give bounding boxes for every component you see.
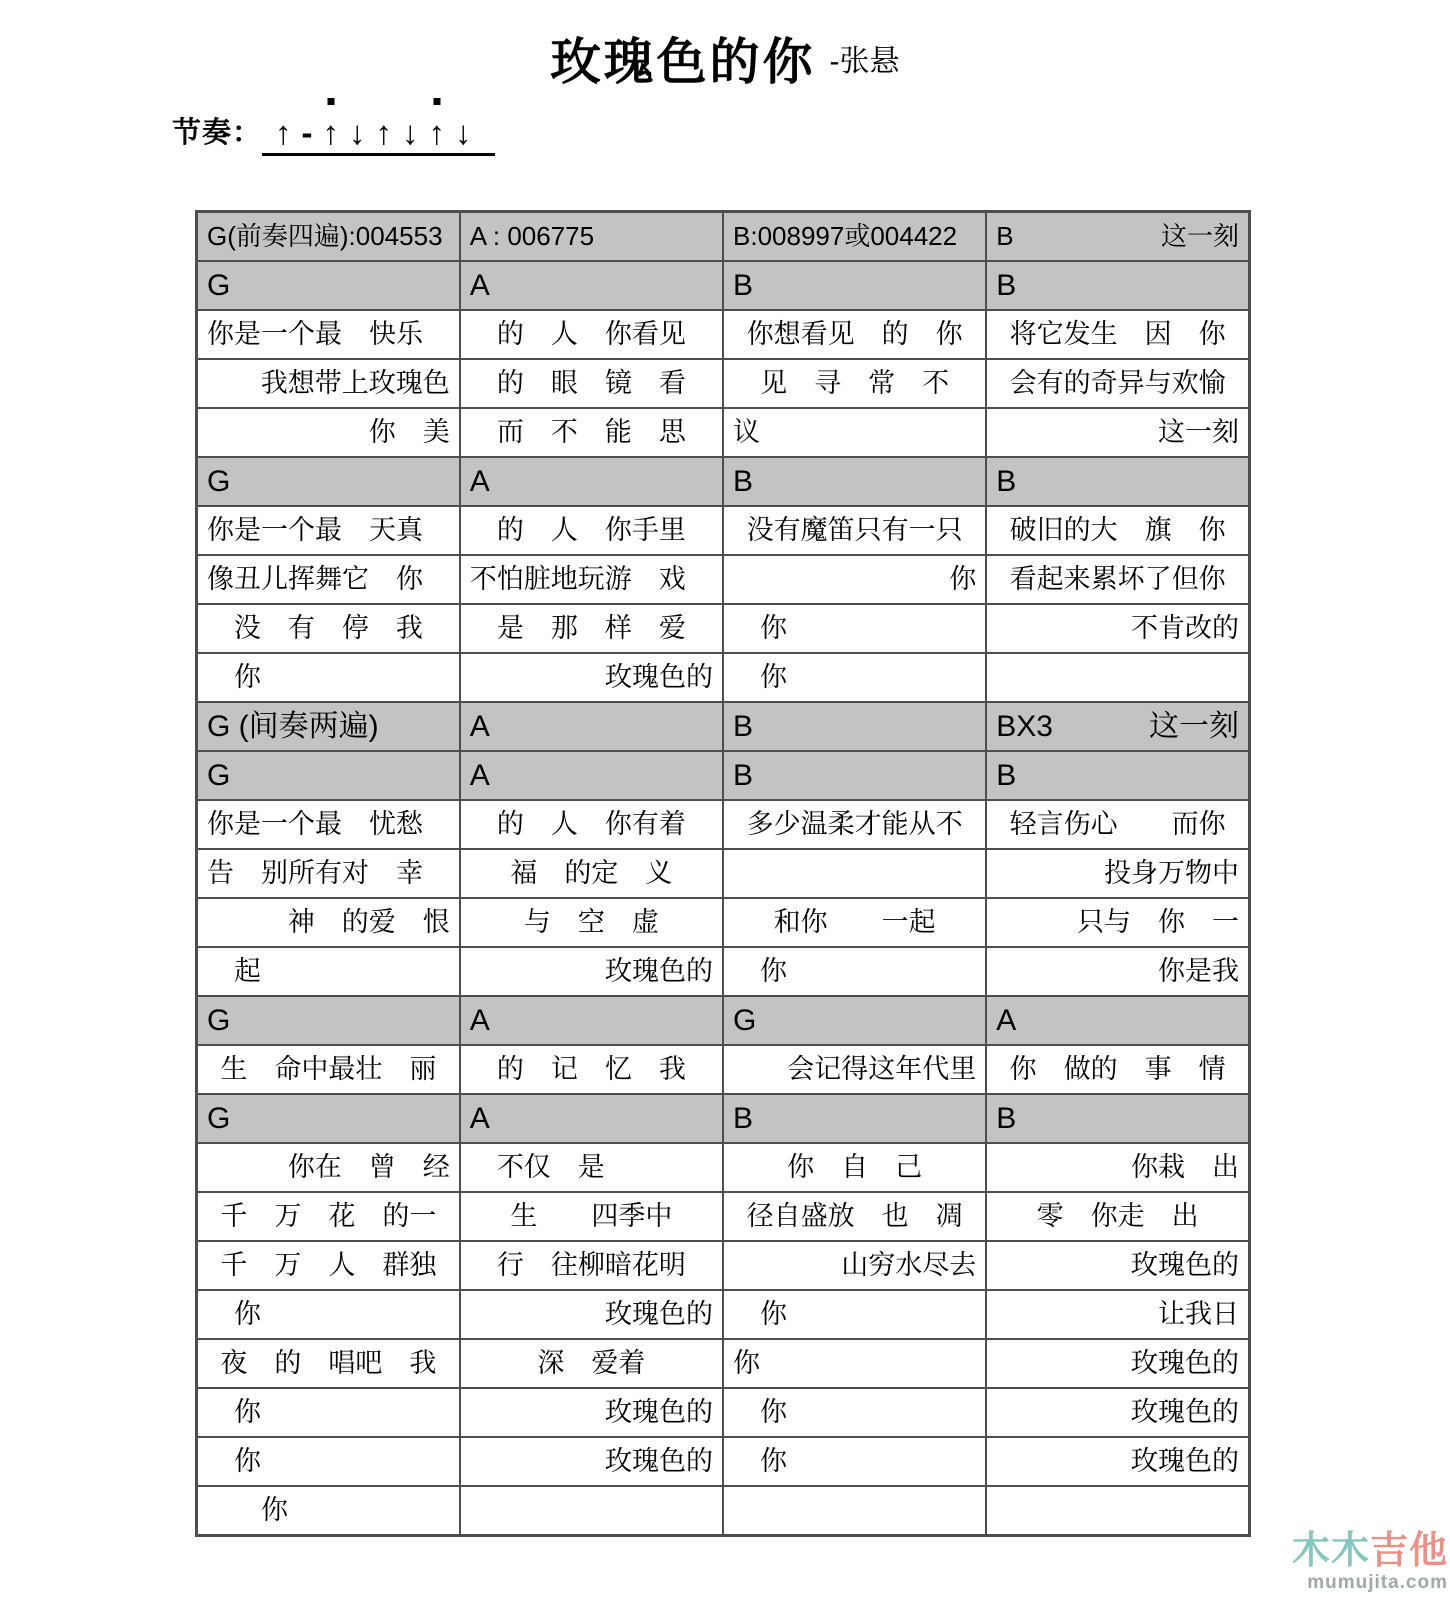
chord-row: GABB xyxy=(197,1094,1250,1143)
lyric-cell: 的 眼 镜 看 xyxy=(460,359,723,408)
chord-cell: B这一刻 xyxy=(986,212,1249,262)
lyric-cell: 不仅 是 xyxy=(460,1143,723,1192)
lyric-cell: 你是一个最 忧愁 xyxy=(197,800,460,849)
cell-right-text: 这一刻 xyxy=(1161,222,1239,251)
strum-up-arrow: ↑ xyxy=(429,92,446,149)
chord-cell: A xyxy=(460,996,723,1045)
chord-cell: A xyxy=(460,1094,723,1143)
lyric-cell xyxy=(986,1486,1249,1536)
chord-cell: G xyxy=(723,996,986,1045)
lyric-cell: 你在 曾 经 xyxy=(197,1143,460,1192)
strum-down-arrow: ↓ xyxy=(455,92,472,149)
lyric-cell: 不怕脏地玩游 戏 xyxy=(460,555,723,604)
lyric-row: 像丑儿挥舞它 你不怕脏地玩游 戏你看起来累坏了但你 xyxy=(197,555,1250,604)
lyric-row: 生 命中最壮 丽的 记 忆 我会记得这年代里你 做的 事 情 xyxy=(197,1045,1250,1094)
lyric-cell: 与 空 虚 xyxy=(460,898,723,947)
lyric-cell: 你是一个最 天真 xyxy=(197,506,460,555)
chord-cell: B xyxy=(723,751,986,800)
lyric-cell: 你 美 xyxy=(197,408,460,457)
lyric-row: 神 的爱 恨与 空 虚和你 一起只与 你 一 xyxy=(197,898,1250,947)
watermark-brand-part1: 木木 xyxy=(1292,1530,1370,1572)
lyric-cell: 深 爱着 xyxy=(460,1339,723,1388)
lyric-cell: 的 人 你手里 xyxy=(460,506,723,555)
lyric-cell: 让我日 xyxy=(986,1290,1249,1339)
lyric-cell: 你 xyxy=(197,1290,460,1339)
strum-down-arrow: ↓ xyxy=(402,92,419,149)
lyric-cell: 没有魔笛只有一只 xyxy=(723,506,986,555)
lyric-cell: 你 xyxy=(723,1290,986,1339)
lyric-cell: 不肯改的 xyxy=(986,604,1249,653)
lyric-cell: 你 xyxy=(197,1388,460,1437)
chord-cell: G (间奏两遍) xyxy=(197,702,460,751)
lyric-cell: 你 做的 事 情 xyxy=(986,1045,1249,1094)
lyric-cell: 你 xyxy=(723,1388,986,1437)
rhythm-label: 节奏： xyxy=(172,110,262,156)
chord-cell: G xyxy=(197,261,460,310)
lyric-cell xyxy=(986,653,1249,702)
lyric-cell: 的 记 忆 我 xyxy=(460,1045,723,1094)
lyric-cell: 会记得这年代里 xyxy=(723,1045,986,1094)
title-block: 玫瑰色的你-张悬 xyxy=(0,22,1450,94)
lyric-cell: 你 自 己 xyxy=(723,1143,986,1192)
lyric-row: 你是一个最 快乐的 人 你看见你想看见 的 你将它发生 因 你 xyxy=(197,310,1250,359)
rhythm-dash: - xyxy=(302,92,313,149)
lyric-cell: 你是我 xyxy=(986,947,1249,996)
lyric-cell: 的 人 你有着 xyxy=(460,800,723,849)
watermark-brand-part2: 吉他 xyxy=(1370,1530,1448,1572)
lyric-cell: 玫瑰色的 xyxy=(986,1388,1249,1437)
lyric-row: 起玫瑰色的 你你是我 xyxy=(197,947,1250,996)
lyric-cell: 千 万 人 群独 xyxy=(197,1241,460,1290)
lyric-cell: 玫瑰色的 xyxy=(460,947,723,996)
chord-cell: B xyxy=(723,457,986,506)
cell-right-text: 这一刻 xyxy=(1149,710,1239,743)
lyric-cell: 议 xyxy=(723,408,986,457)
chord-row: G(前奏四遍):004553A : 006775B:008997或004422B… xyxy=(197,212,1250,262)
chord-row: GAGA xyxy=(197,996,1250,1045)
chord-cell: B xyxy=(986,1094,1249,1143)
lyric-cell: 没 有 停 我 xyxy=(197,604,460,653)
lyric-cell: 福 的定 义 xyxy=(460,849,723,898)
lyric-cell: 只与 你 一 xyxy=(986,898,1249,947)
chord-cell: G xyxy=(197,996,460,1045)
lyric-cell: 生 四季中 xyxy=(460,1192,723,1241)
lyric-row: 我想带上玫瑰色的 眼 镜 看见 寻 常 不会有的奇异与欢愉 xyxy=(197,359,1250,408)
lyric-cell: 这一刻 xyxy=(986,408,1249,457)
lyric-cell: 生 命中最壮 丽 xyxy=(197,1045,460,1094)
lyric-cell: 山穷水尽去 xyxy=(723,1241,986,1290)
lyric-row: 你 xyxy=(197,1486,1250,1536)
lyric-cell: 径自盛放 也 凋 xyxy=(723,1192,986,1241)
lyric-cell: 你 xyxy=(723,947,986,996)
lyric-cell: 你栽 出 xyxy=(986,1143,1249,1192)
lyric-cell: 玫瑰色的 xyxy=(986,1339,1249,1388)
chord-row: GABB xyxy=(197,457,1250,506)
strum-up-arrow: ↑ xyxy=(376,92,393,149)
lyric-cell: 你 xyxy=(197,1486,460,1536)
lyric-cell: 像丑儿挥舞它 你 xyxy=(197,555,460,604)
chord-cell: A xyxy=(460,702,723,751)
rhythm-pattern: ↑-↑↓↑↓↑↓ xyxy=(262,92,495,156)
song-title: 玫瑰色的你 xyxy=(551,34,816,90)
lyric-cell: 玫瑰色的 xyxy=(460,1290,723,1339)
lyric-cell: 你 xyxy=(723,653,986,702)
lyric-row: 你玫瑰色的 你玫瑰色的 xyxy=(197,1437,1250,1486)
lyric-cell xyxy=(723,849,986,898)
lyric-cell: 你 xyxy=(723,604,986,653)
lyric-cell: 神 的爱 恨 xyxy=(197,898,460,947)
lyric-row: 没 有 停 我是 那 样 爱 你不肯改的 xyxy=(197,604,1250,653)
chord-cell: A xyxy=(460,261,723,310)
lyric-row: 告 别所有对 幸福 的定 义投身万物中 xyxy=(197,849,1250,898)
chord-cell: G xyxy=(197,1094,460,1143)
lyric-cell: 你 xyxy=(723,555,986,604)
lyric-cell: 玫瑰色的 xyxy=(460,653,723,702)
lyric-row: 你玫瑰色的 你玫瑰色的 xyxy=(197,1388,1250,1437)
lyric-cell: 我想带上玫瑰色 xyxy=(197,359,460,408)
chord-cell: A : 006775 xyxy=(460,212,723,262)
lyric-cell: 零 你走 出 xyxy=(986,1192,1249,1241)
lyric-cell: 见 寻 常 不 xyxy=(723,359,986,408)
chord-cell: A xyxy=(460,457,723,506)
lyric-cell: 而 不 能 思 xyxy=(460,408,723,457)
chord-cell: B:008997或004422 xyxy=(723,212,986,262)
lyric-row: 你 美而 不 能 思议这一刻 xyxy=(197,408,1250,457)
chord-cell: G xyxy=(197,457,460,506)
lyric-cell: 玫瑰色的 xyxy=(986,1437,1249,1486)
chord-sheet-page: 玫瑰色的你-张悬 节奏： ↑-↑↓↑↓↑↓ G(前奏四遍):004553A : … xyxy=(0,0,1450,1600)
lyric-cell: 轻言伤心 而你 xyxy=(986,800,1249,849)
rhythm-line: 节奏： ↑-↑↓↑↓↑↓ xyxy=(172,92,495,156)
strum-down-arrow: ↓ xyxy=(349,92,366,149)
lyric-cell: 起 xyxy=(197,947,460,996)
chord-cell: G xyxy=(197,751,460,800)
chord-cell: B xyxy=(723,261,986,310)
lyric-row: 夜 的 唱吧 我深 爱着你玫瑰色的 xyxy=(197,1339,1250,1388)
strum-up-arrow: ↑ xyxy=(323,92,340,149)
accent-dot xyxy=(433,98,440,105)
lyric-cell: 的 人 你看见 xyxy=(460,310,723,359)
lyric-row: 你是一个最 天真的 人 你手里没有魔笛只有一只破旧的大 旗 你 xyxy=(197,506,1250,555)
watermark: 木木吉他 mumujita.com xyxy=(1292,1532,1448,1592)
lyric-cell: 将它发生 因 你 xyxy=(986,310,1249,359)
chord-row: GABB xyxy=(197,751,1250,800)
lyric-cell: 告 别所有对 幸 xyxy=(197,849,460,898)
lyric-cell: 玫瑰色的 xyxy=(460,1388,723,1437)
lyric-cell xyxy=(723,1486,986,1536)
lyric-row: 你是一个最 忧愁的 人 你有着多少温柔才能从不轻言伤心 而你 xyxy=(197,800,1250,849)
lyric-cell: 看起来累坏了但你 xyxy=(986,555,1249,604)
chord-cell: A xyxy=(986,996,1249,1045)
watermark-domain: mumujita.com xyxy=(1292,1573,1448,1592)
chord-cell: B xyxy=(986,457,1249,506)
chord-lyric-table: G(前奏四遍):004553A : 006775B:008997或004422B… xyxy=(195,210,1251,1537)
chord-cell: B xyxy=(723,702,986,751)
chord-cell: B xyxy=(723,1094,986,1143)
lyric-cell: 多少温柔才能从不 xyxy=(723,800,986,849)
chord-cell: B xyxy=(986,751,1249,800)
lyric-row: 千 万 人 群独行 往柳暗花明山穷水尽去玫瑰色的 xyxy=(197,1241,1250,1290)
chord-cell: B xyxy=(986,261,1249,310)
lyric-cell: 是 那 样 爱 xyxy=(460,604,723,653)
chord-cell: G(前奏四遍):004553 xyxy=(197,212,460,262)
lyric-row: 你玫瑰色的 你让我日 xyxy=(197,1290,1250,1339)
lyric-cell: 夜 的 唱吧 我 xyxy=(197,1339,460,1388)
lyric-cell: 破旧的大 旗 你 xyxy=(986,506,1249,555)
lyric-cell: 行 往柳暗花明 xyxy=(460,1241,723,1290)
chord-cell: BX3这一刻 xyxy=(986,702,1249,751)
accent-dot xyxy=(327,98,334,105)
lyric-cell: 会有的奇异与欢愉 xyxy=(986,359,1249,408)
lyric-cell: 你是一个最 快乐 xyxy=(197,310,460,359)
lyric-cell: 和你 一起 xyxy=(723,898,986,947)
watermark-brand: 木木吉他 xyxy=(1292,1532,1448,1570)
lyric-cell: 你想看见 的 你 xyxy=(723,310,986,359)
lyric-cell: 千 万 花 的一 xyxy=(197,1192,460,1241)
lyric-row: 千 万 花 的一生 四季中径自盛放 也 凋零 你走 出 xyxy=(197,1192,1250,1241)
lyric-cell: 玫瑰色的 xyxy=(986,1241,1249,1290)
lyric-cell: 你 xyxy=(723,1339,986,1388)
lyric-cell: 你 xyxy=(197,1437,460,1486)
lyric-row: 你玫瑰色的 你 xyxy=(197,653,1250,702)
lyric-cell: 投身万物中 xyxy=(986,849,1249,898)
lyric-cell: 玫瑰色的 xyxy=(460,1437,723,1486)
chord-row: GABB xyxy=(197,261,1250,310)
lyric-cell: 你 xyxy=(723,1437,986,1486)
lyric-cell xyxy=(460,1486,723,1536)
chord-cell: A xyxy=(460,751,723,800)
lyric-cell: 你 xyxy=(197,653,460,702)
artist-name: -张悬 xyxy=(830,45,900,78)
lyric-row: 你在 曾 经 不仅 是你 自 己你栽 出 xyxy=(197,1143,1250,1192)
strum-up-arrow: ↑ xyxy=(275,92,292,149)
chord-row: G (间奏两遍)ABBX3这一刻 xyxy=(197,702,1250,751)
